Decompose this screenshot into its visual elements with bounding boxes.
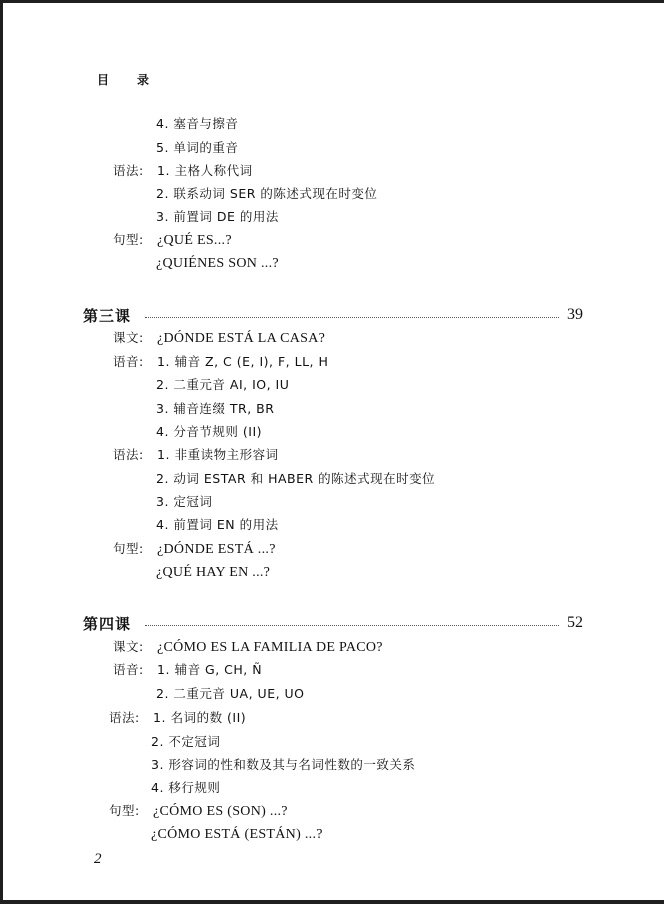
toc-entry: 4. 分音节规则 (II) xyxy=(156,424,262,440)
section-label: 句型: xyxy=(113,541,157,557)
section-label: 语法: xyxy=(109,710,153,726)
chapter-page-number: 52 xyxy=(567,614,583,632)
toc-entry: 4. 移行规则 xyxy=(151,780,220,796)
chapter-page-number: 39 xyxy=(567,306,583,324)
document-page: 目录 4. 塞音与擦音 5. 单词的重音 语法:1. 主格人称代词 2. 联系动… xyxy=(3,3,664,900)
toc-entry: 2. 不定冠词 xyxy=(151,734,220,750)
toc-entry: 3. 形容词的性和数及其与名词性数的一致关系 xyxy=(151,757,415,773)
section-label: 语法: xyxy=(113,163,157,179)
toc-entry: 2. 动词 ESTAR 和 HABER 的陈述式现在时变位 xyxy=(156,471,435,487)
toc-entry: 语法:1. 非重读物主形容词 xyxy=(113,447,279,464)
toc-header: 目录 xyxy=(97,71,149,88)
page-number: 2 xyxy=(94,851,102,868)
toc-entry: 课文:¿DÓNDE ESTÁ LA CASA? xyxy=(113,330,325,347)
toc-entry: 3. 定冠词 xyxy=(156,494,212,510)
toc-entry: 2. 二重元音 UA, UE, UO xyxy=(156,686,305,702)
toc-entry: 3. 辅音连缀 TR, BR xyxy=(156,401,274,417)
toc-entry: ¿QUÉ HAY EN ...? xyxy=(156,565,270,581)
toc-entry: 语法:1. 名词的数 (II) xyxy=(109,710,246,727)
dot-leader xyxy=(145,625,559,626)
toc-entry: 语音:1. 辅音 G, CH, Ñ xyxy=(113,662,262,679)
toc-entry: 2. 二重元音 AI, IO, IU xyxy=(156,377,289,393)
section-label: 课文: xyxy=(113,639,157,655)
chapter-title: 第四课 xyxy=(83,613,131,634)
section-label: 语法: xyxy=(113,447,157,463)
toc-entry: 4. 前置词 EN 的用法 xyxy=(156,517,279,533)
toc-header-char: 目 xyxy=(97,71,109,88)
section-label: 语音: xyxy=(113,662,157,678)
toc-entry: 5. 单词的重音 xyxy=(156,140,238,156)
chapter-heading[interactable]: 第四课 52 xyxy=(83,613,583,633)
chapter-heading[interactable]: 第三课 39 xyxy=(83,305,583,325)
toc-entry: 句型:¿QUÉ ES...? xyxy=(113,232,232,249)
toc-entry: 3. 前置词 DE 的用法 xyxy=(156,209,279,225)
toc-entry: 语法:1. 主格人称代词 xyxy=(113,163,253,180)
section-label: 句型: xyxy=(109,803,153,819)
toc-header-char: 录 xyxy=(137,71,149,88)
toc-entry: ¿CÓMO ESTÁ (ESTÁN) ...? xyxy=(151,827,323,843)
dot-leader xyxy=(145,317,559,318)
section-label: 句型: xyxy=(113,232,157,248)
section-label: 课文: xyxy=(113,330,157,346)
chapter-title: 第三课 xyxy=(83,305,131,326)
toc-entry: 课文:¿CÓMO ES LA FAMILIA DE PACO? xyxy=(113,639,383,656)
toc-entry: 句型:¿CÓMO ES (SON) ...? xyxy=(109,803,288,820)
section-label: 语音: xyxy=(113,354,157,370)
toc-entry: 4. 塞音与擦音 xyxy=(156,116,238,132)
toc-entry: 语音:1. 辅音 Z, C (E, I), F, LL, H xyxy=(113,354,328,371)
toc-entry: 2. 联系动词 SER 的陈述式现在时变位 xyxy=(156,186,377,202)
toc-entry: ¿QUIÉNES SON ...? xyxy=(156,256,279,272)
toc-entry: 句型:¿DÓNDE ESTÁ ...? xyxy=(113,541,276,558)
